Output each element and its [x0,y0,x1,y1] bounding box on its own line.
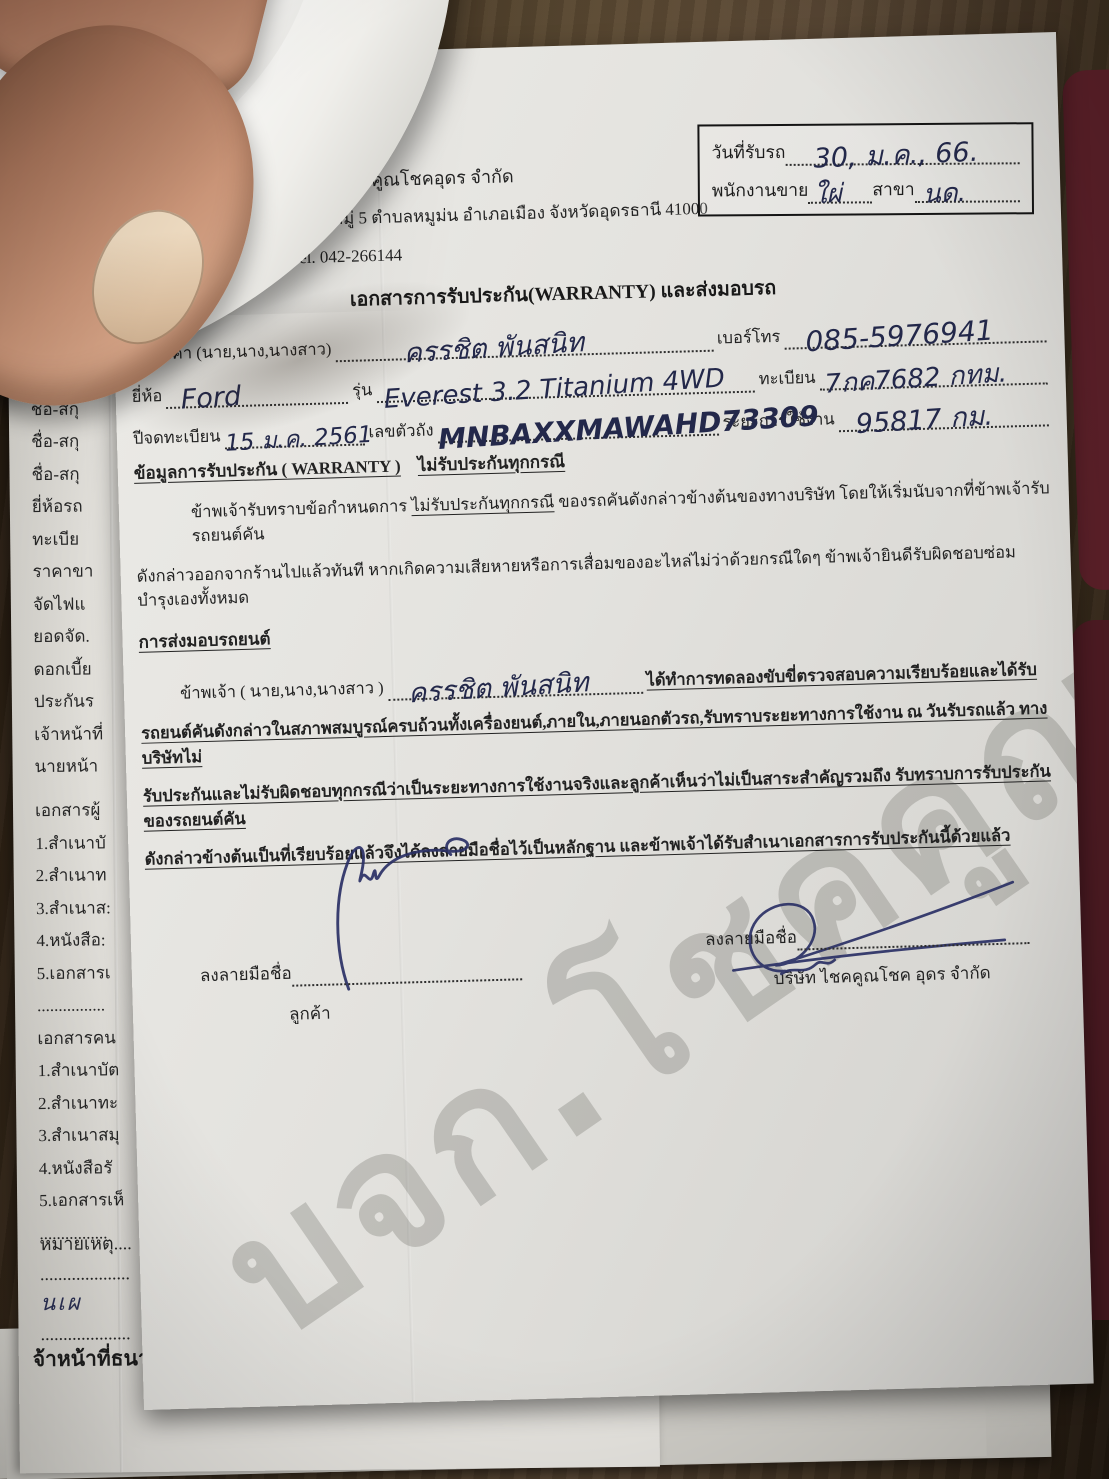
dotted-line: ใผ่ [808,182,872,204]
underlay-item: ดอกเบี้ย [33,653,102,686]
underlay-item: 4.หนังสือ: [36,924,121,957]
underlay-item: 5.เอกสารเ [37,957,122,990]
underlay-field-list: รายรา ชื่อ-สกุ ชื่อ-สกุ ชื่อ-สกุ ยี่ห้อร… [30,360,103,783]
warranty-paragraph-line2: ดังกล่าวออกจากร้านไปแล้วทันที หากเกิดควา… [136,539,1053,613]
underlay-item: 1.สำเนาบัต [38,1054,123,1087]
underlay-item: 5.เอกสารเห็ [39,1184,124,1217]
mileage-handwritten: 95817 กม. [855,403,994,439]
signature-area: ลงลายมือชื่อ ลูกค้า ลงลายมือชื่อ บริษัท … [148,938,1066,1032]
customer-signature-line: ลงลายมือชื่อ [200,953,551,990]
underlay-item: 4.หนังสือรั [39,1152,124,1185]
delivery-heading-text: การส่งมอบรถยนต์ [138,629,270,652]
underlay-handwritten-initials: นเผ [40,1288,132,1319]
sign-label: ลงลายมือชื่อ [200,960,293,990]
warranty-paragraph-line1: ข้าพเจ้ารับทราบข้อกำหนดการ ไม่รับประกันท… [135,476,1052,550]
salesperson-handwritten: ใผ่ [813,181,842,208]
receipt-date-box: วันที่รับรถ 30, ม.ค., 66. พนักงานขาย ใผ่… [697,122,1034,216]
delivery-name-handwritten: ครรชิต พันสนิท [407,669,589,707]
dotted-line [797,923,1029,950]
dotted-line: 95817 กม. [838,406,1048,432]
delivery-line2: รถยนต์คันดังกล่าวในสภาพสมบูรณ์ครบถ้วนทั้… [141,695,1058,771]
underlay-dotted-line: .................... [40,1258,132,1289]
underlay-item: 3.สำเนาสมุ [38,1119,123,1152]
underlay-item: 1.สำเนาบั [35,827,120,860]
underlay-item: ราคาขา [32,555,101,588]
delivery-line1-text: ได้ทำการทดลองขับขี่ตรวจสอบความเรียบร้อยแ… [646,657,1037,694]
plate-label: ทะเบียน [758,365,816,393]
dotted-line [292,960,522,987]
underlay-item: 2.สำเนาท [36,859,121,892]
underlay-item: เอกสารผู้ [35,794,120,827]
underlay-item: นายหน้า [34,750,103,783]
vin-label: เลขตัวถัง [368,418,434,446]
customer-role-label: ลูกค้า [201,993,552,1030]
warranty-text: ข้าพเจ้ารับทราบข้อกำหนดการ [191,496,408,521]
dotted-line: ครรชิต พันสนิท [387,674,642,701]
branch-label: สาขา [872,175,915,203]
delivery-intro-label: ข้าพเจ้า ( นาย,นาง,นางสาว ) [140,675,384,708]
dotted-line: MNBAXXMAWAHD73309 [437,415,718,443]
dotted-line: นด. [915,181,1020,203]
underlay-document-list: เอกสารผู้ 1.สำเนาบั 2.สำเนาท 3.สำเนาส: 4… [35,794,125,1250]
warranty-heading-main: ข้อมูลการรับประกัน ( WARRANTY ) [134,456,401,482]
underlay-item: ชื่อ-สกุ [31,458,100,491]
underlay-item: เอกสารคน [37,1022,122,1055]
company-role-label: บริษัท ไชคคูณโชค อุดร จำกัด [706,957,1059,994]
dotted-line: 30, ม.ค., 66. [785,143,1019,166]
underlay-item: 2.สำเนาทะ [38,1087,123,1120]
underlay-item: เจ้าหน้าที่ [34,718,103,751]
company-signature-line: ลงลายมือชื่อ [705,916,1058,953]
underlay-item: ทะเบีย [32,523,101,556]
receipt-date-handwritten: 30, ม.ค., 66. [813,139,979,173]
underlay-note-block: หมายเหตุ.... .................... นเผ ..… [39,1228,132,1349]
sign-label: ลงลายมือชื่อ [705,924,798,954]
delivery-line3: รับประกันและไม่รับผิดชอบทุกกรณีว่าเป็นระ… [143,758,1060,834]
underlay-item: ยี่ห้อรถ [32,490,101,523]
customer-signature-block: ลงลายมือชื่อ ลูกค้า [200,953,552,1031]
underlay-item: ชื่อ-สกุ [31,425,100,458]
company-signature-block: ลงลายมือชื่อ บริษัท ไชคคูณโชค อุดร จำกัด [705,916,1059,1016]
salesperson-label: พนักงานขาย [712,176,809,205]
underlay-item: ................ [37,989,122,1022]
underlay-note-label: หมายเหตุ.... [39,1228,131,1259]
branch-handwritten: นด. [923,180,967,208]
underlay-item: ประกันร [34,685,103,718]
receipt-date-row: วันที่รับรถ 30, ม.ค., 66. [711,136,1019,166]
receipt-date-label: วันที่รับรถ [711,138,785,167]
underlay-item: 3.สำเนาส: [36,892,121,925]
underlay-item: ยอดจัด. [33,620,102,653]
photo-of-warranty-document: รายรา ชื่อ-สกุ ชื่อ-สกุ ชื่อ-สกุ ยี่ห้อร… [0,0,1109,1479]
receipt-sales-row: พนักงานขาย ใผ่ สาขา นด. [712,174,1020,204]
warranty-text-underlined: ไม่รับประกันทุกกรณี [411,492,554,515]
phone-label: เบอร์โทร [717,324,781,352]
underlay-item: จัดไฟแ [33,588,102,621]
